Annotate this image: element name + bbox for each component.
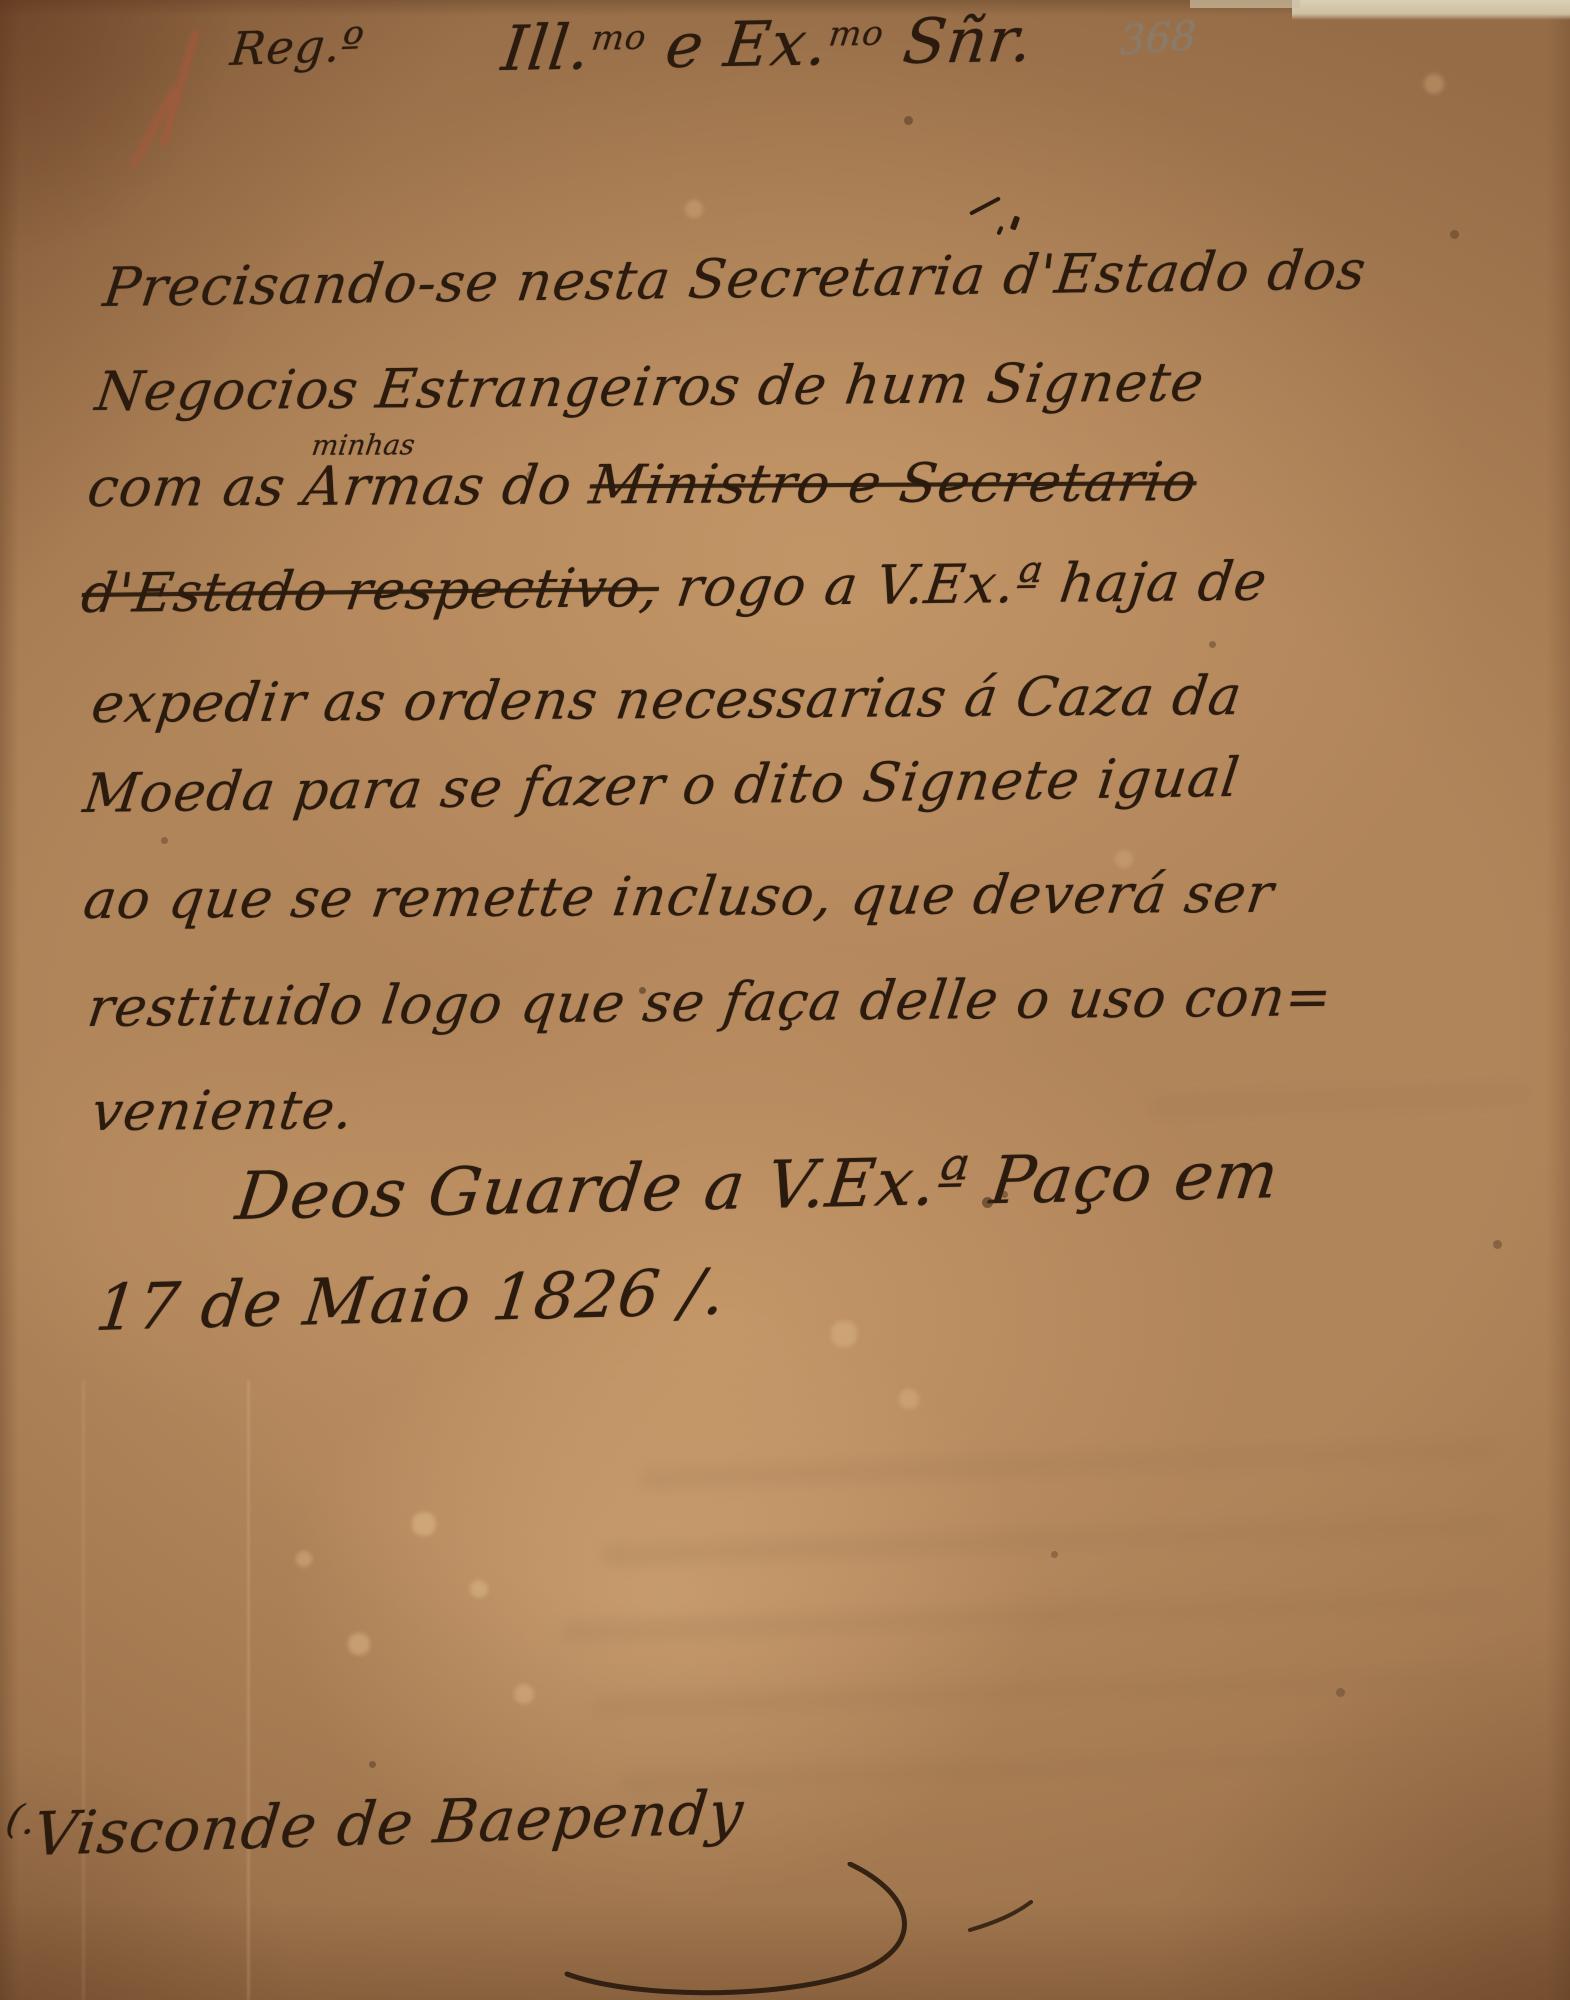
line-text: ao que se remette incluso, que deverá se…	[80, 862, 1278, 931]
pen-tick-marks	[968, 196, 1048, 246]
manuscript-line-1: Precisando-se nesta Secretaria d'Estado …	[100, 238, 1370, 319]
page-edge-strip	[1292, 0, 1570, 20]
show-through-ghost-text	[1150, 1081, 1531, 1118]
line-text: restituido logo que se faça delle o uso …	[84, 965, 1336, 1039]
struck-text: Ministro e Secretario	[586, 450, 1201, 516]
page-edge-strip-small	[1190, 0, 1300, 8]
worn-patches-light	[0, 0, 8, 8]
salutation-prefix: Ill.	[498, 10, 595, 85]
registry-note: Reg.º	[228, 17, 367, 76]
manuscript-line-7: ao que se remette incluso, que deverá se…	[80, 862, 1278, 931]
manuscript-line-3: minhascom as Armas do Ministro e Secreta…	[84, 450, 1201, 519]
manuscript-line-4: d'Estado respectivo, rogo a V.Ex.ª haja …	[78, 550, 1271, 625]
manuscript-line-2: Negocios Estrangeiros de hum Signete	[92, 350, 1208, 423]
red-crayon-mark	[128, 28, 218, 178]
corner-shade-bottom-left	[0, 1740, 300, 2000]
salutation-superscript: mo	[827, 14, 887, 55]
line-text: veniente.	[88, 1078, 358, 1143]
salutation: Ill.mo e Ex.mo Sñr.	[498, 3, 1037, 85]
interlinear-insertion: minhas	[310, 428, 417, 462]
manuscript-line-5: expedir as ordens necessarias á Caza da	[88, 664, 1246, 735]
corner-shade-top-left	[0, 0, 240, 260]
closing-line-2: 17 de Maio 1826 /.	[92, 1256, 730, 1346]
registry-note-text: Reg.º	[228, 17, 367, 76]
line-text: Negocios Estrangeiros de hum Signete	[92, 350, 1208, 423]
manuscript-line-6: Moeda para se fazer o dito Signete igual	[80, 746, 1244, 825]
signature: Visconde de Baependy	[30, 1778, 747, 1870]
signature-flourish	[545, 1862, 1045, 2000]
show-through-ghost-text	[560, 1588, 1500, 1645]
manuscript-line-8: restituido logo que se faça delle o uso …	[84, 965, 1336, 1039]
paper-fold-line	[82, 1380, 85, 2000]
paper-fold-line	[247, 1380, 250, 2000]
manuscript-line-9: veniente.	[88, 1078, 358, 1143]
show-through-ghost-text	[600, 1512, 1500, 1567]
show-through-ghost-text	[620, 1741, 1480, 1795]
closing-line-1: Deos Guarde a V.Ex.ª Paço em	[232, 1136, 1283, 1235]
line-text: Moeda para se fazer o dito Signete igual	[80, 746, 1244, 825]
salutation-superscript: mo	[589, 18, 649, 59]
struck-text: d'Estado respectivo,	[78, 556, 663, 625]
salutation-suffix: Sñr.	[878, 3, 1037, 79]
closing-text: Deos Guarde a V.Ex.ª Paço em	[232, 1136, 1283, 1235]
manuscript-page: Reg.º Ill.mo e Ex.mo Sñr. 368 Precisando…	[0, 0, 1570, 2000]
folio-number: 368	[1119, 13, 1197, 65]
show-through-ghost-text	[590, 1664, 1490, 1719]
show-through-ghost-text	[640, 1437, 1500, 1491]
line-text: expedir as ordens necessarias á Caza da	[88, 664, 1246, 735]
line-text: rogo a V.Ex.ª haja de	[655, 550, 1271, 619]
folio-number-text: 368	[1119, 13, 1197, 65]
line-text: Armas do	[299, 453, 594, 517]
line-text: com as	[84, 455, 308, 519]
date-text: 17 de Maio 1826 /.	[92, 1256, 730, 1346]
salutation-mid: e Ex.	[641, 6, 832, 82]
signature-text: Visconde de Baependy	[30, 1778, 747, 1870]
line-text: Precisando-se nesta Secretaria d'Estado …	[100, 238, 1370, 319]
